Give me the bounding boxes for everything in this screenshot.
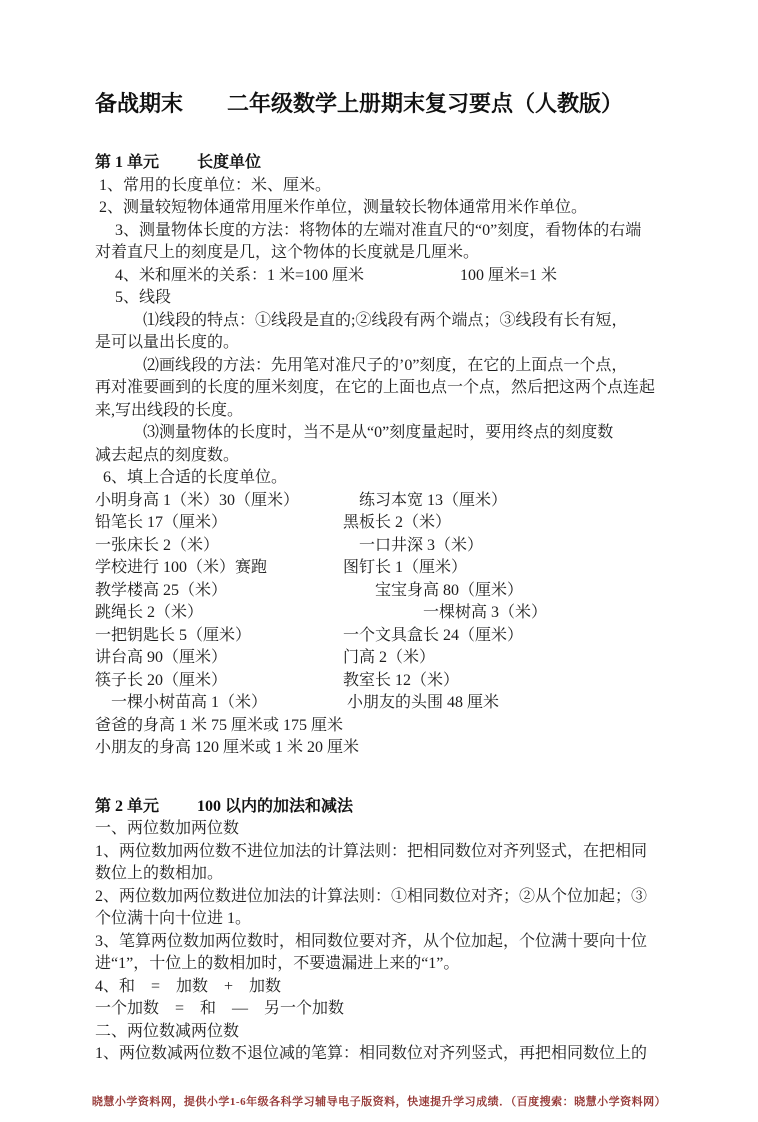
fill-right: 小朋友的头围 48 厘米: [343, 692, 665, 715]
fill-left: 一张床长 2（米）: [95, 535, 343, 558]
text-line: 来,写出线段的长度。: [95, 400, 665, 423]
fill-row: 一张床长 2（米） 一口井深 3（米）: [95, 535, 665, 558]
fill-row: 小明身高 1（米）30（厘米） 练习本宽 13（厘米）: [95, 490, 665, 513]
fill-left: 跳绳长 2（米）: [95, 602, 343, 625]
document-body: 备战期末二年级数学上册期末复习要点（人教版） 第 1 单元长度单位 1、常用的长…: [0, 0, 758, 1066]
text-line: 爸爸的身高 1 米 75 厘米或 175 厘米: [95, 715, 665, 738]
fill-left: 铅笔长 17（厘米）: [95, 512, 343, 535]
fill-row: 讲台高 90（厘米）门高 2（米）: [95, 647, 665, 670]
footer-watermark: 晓慧小学资料网，提供小学1-6年级各科学习辅导电子版资料，快速提升学习成绩．（百…: [0, 1093, 758, 1109]
unit1-heading-name: 长度单位: [197, 154, 261, 171]
document-title: 备战期末二年级数学上册期末复习要点（人教版）: [95, 90, 665, 118]
fill-left: 筷子长 20（厘米）: [95, 670, 343, 693]
unit2-heading-number: 第 2 单元: [95, 798, 159, 815]
text-line: 4、和 = 加数 + 加数: [95, 976, 665, 999]
fill-left: 一把钥匙长 5（厘米）: [95, 625, 343, 648]
text-line: 个位满十向十位进 1。: [95, 908, 665, 931]
text-line: 6、填上合适的长度单位。: [95, 467, 665, 490]
fill-left: 一棵小树苗高 1（米）: [95, 692, 343, 715]
fill-left: 讲台高 90（厘米）: [95, 647, 343, 670]
text-line: 1、常用的长度单位：米、厘米。: [95, 175, 665, 198]
text-line: 对着直尺上的刻度是几，这个物体的长度就是几厘米。: [95, 242, 665, 265]
fill-row: 跳绳长 2（米） 一棵树高 3（米）: [95, 602, 665, 625]
fill-row: 筷子长 20（厘米）教室长 12（米）: [95, 670, 665, 693]
text-line: 小朋友的身高 120 厘米或 1 米 20 厘米: [95, 737, 665, 760]
text-line: 二、两位数减两位数: [95, 1021, 665, 1044]
text-line: 4、米和厘米的关系：1 米=100 厘米 100 厘米=1 米: [95, 265, 665, 288]
text-line: 再对准要画到的长度的厘米刻度，在它的上面也点一个点，然后把这两个点连起: [95, 377, 665, 400]
text-line: 3、测量物体长度的方法：将物体的左端对准直尺的“0”刻度，看物体的右端: [95, 220, 665, 243]
text-line: 数位上的数相加。: [95, 863, 665, 886]
unit1-heading: 第 1 单元长度单位: [95, 152, 665, 175]
text-line: 5、线段: [95, 287, 665, 310]
fill-left: 学校进行 100（米）赛跑: [95, 557, 343, 580]
fill-right: 一棵树高 3（米）: [343, 602, 665, 625]
unit2-heading-name: 100 以内的加法和减法: [197, 798, 353, 815]
text-line: 1、两位数加两位数不进位加法的计算法则：把相同数位对齐列竖式，在把相同: [95, 841, 665, 864]
fill-row: 一棵小树苗高 1（米） 小朋友的头围 48 厘米: [95, 692, 665, 715]
fill-right: 练习本宽 13（厘米）: [343, 490, 665, 513]
fill-right: 一口井深 3（米）: [343, 535, 665, 558]
fill-left: 小明身高 1（米）30（厘米）: [95, 490, 343, 513]
unit1-heading-number: 第 1 单元: [95, 154, 159, 171]
fill-row: 铅笔长 17（厘米）黑板长 2（米）: [95, 512, 665, 535]
title-prefix: 备战期末: [95, 91, 183, 116]
document-page: 备战期末二年级数学上册期末复习要点（人教版） 第 1 单元长度单位 1、常用的长…: [0, 0, 758, 1122]
fill-row: 教学楼高 25（米） 宝宝身高 80（厘米）: [95, 580, 665, 603]
text-line: 2、两位数加两位数进位加法的计算法则：①相同数位对齐；②从个位加起；③: [95, 886, 665, 909]
fill-right: 教室长 12（米）: [343, 670, 665, 693]
fill-row: 学校进行 100（米）赛跑图钉长 1（厘米）: [95, 557, 665, 580]
text-line: 进“1”，十位上的数相加时，不要遗漏进上来的“1”。: [95, 953, 665, 976]
title-main: 二年级数学上册期末复习要点（人教版）: [227, 91, 623, 116]
text-line: ⑴线段的特点：①线段是直的;②线段有两个端点；③线段有长有短，: [95, 310, 665, 333]
unit2-heading: 第 2 单元100 以内的加法和减法: [95, 796, 665, 819]
fill-right: 黑板长 2（米）: [343, 512, 665, 535]
text-line: 2、测量较短物体通常用厘米作单位，测量较长物体通常用米作单位。: [95, 197, 665, 220]
fill-right: 门高 2（米）: [343, 647, 665, 670]
text-line: 1、两位数减两位数不退位减的笔算：相同数位对齐列竖式，再把相同数位上的: [95, 1043, 665, 1066]
fill-right: 宝宝身高 80（厘米）: [343, 580, 665, 603]
text-line: 一、两位数加两位数: [95, 818, 665, 841]
fill-row: 一把钥匙长 5（厘米）一个文具盒长 24（厘米）: [95, 625, 665, 648]
fill-right: 一个文具盒长 24（厘米）: [343, 625, 665, 648]
text-line: ⑵画线段的方法：先用笔对准尺子的’0”刻度，在它的上面点一个点，: [95, 355, 665, 378]
text-line: 是可以量出长度的。: [95, 332, 665, 355]
text-line: 一个加数 = 和 — 另一个加数: [95, 998, 665, 1021]
text-line: 减去起点的刻度数。: [95, 445, 665, 468]
text-line: 3、笔算两位数加两位数时，相同数位要对齐，从个位加起，个位满十要向十位: [95, 931, 665, 954]
fill-left: 教学楼高 25（米）: [95, 580, 343, 603]
fill-right: 图钉长 1（厘米）: [343, 557, 665, 580]
text-line: ⑶测量物体的长度时，当不是从“0”刻度量起时，要用终点的刻度数: [95, 422, 665, 445]
